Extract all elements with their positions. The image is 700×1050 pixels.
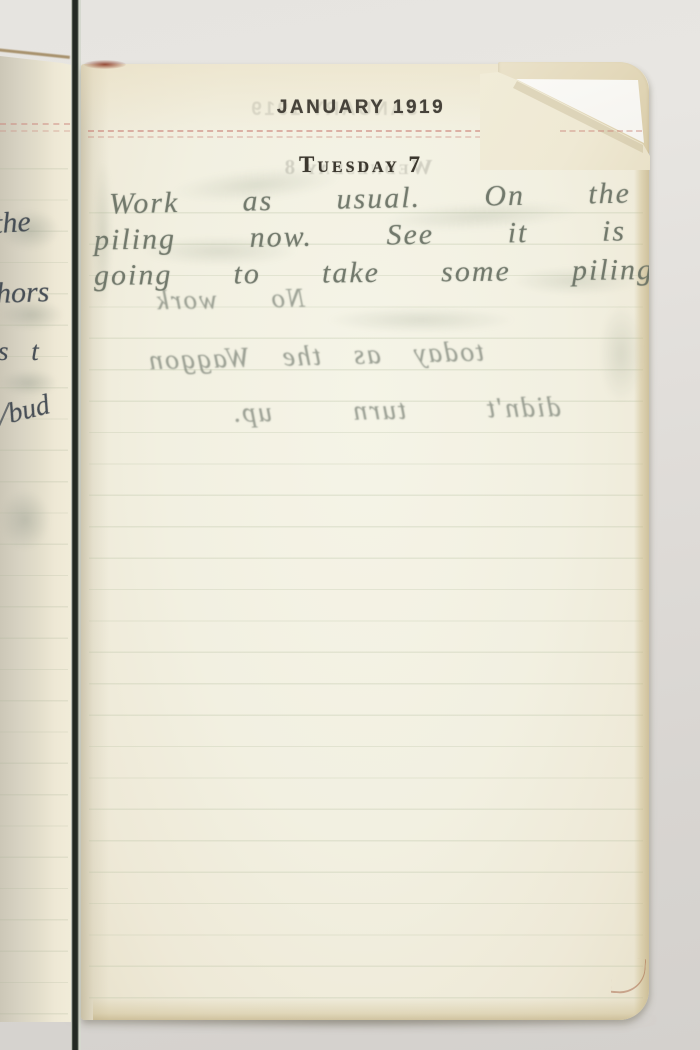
entry-line: going to take some piling <box>94 253 649 293</box>
adjacent-page-edge: the hors s t bud <box>0 50 72 1022</box>
adjacent-page-word-fragment: s t <box>0 336 47 367</box>
pencil-show-through-smudge <box>599 304 643 404</box>
adjacent-page-ruled-lines <box>0 138 68 1018</box>
binding-ribbon <box>71 0 81 1050</box>
page-bottom-edge <box>93 998 649 1020</box>
ink-show-through-smudge <box>0 490 50 550</box>
show-through-line: didn't turn up. <box>231 392 562 430</box>
adjacent-page-date-rule <box>0 123 70 125</box>
adjacent-page-date-rule-2 <box>0 130 70 132</box>
month-year-header: JANUARY 1919 <box>241 97 481 119</box>
adjacent-page-word-fragment: the <box>0 205 32 241</box>
header-date-rule-corner <box>560 130 642 132</box>
pencil-show-through-smudge <box>326 307 516 333</box>
adjacent-page-word-fragment: hors <box>0 275 50 311</box>
diary-photograph: the hors s t bud JANUARY 1919 JANUARY 19… <box>0 0 700 1050</box>
red-edge-stain <box>84 60 126 69</box>
diary-page: JANUARY 1919 JANUARY 1919 Wednesday 8 Tu… <box>81 64 649 1020</box>
ink-show-through-smudge <box>0 370 58 396</box>
